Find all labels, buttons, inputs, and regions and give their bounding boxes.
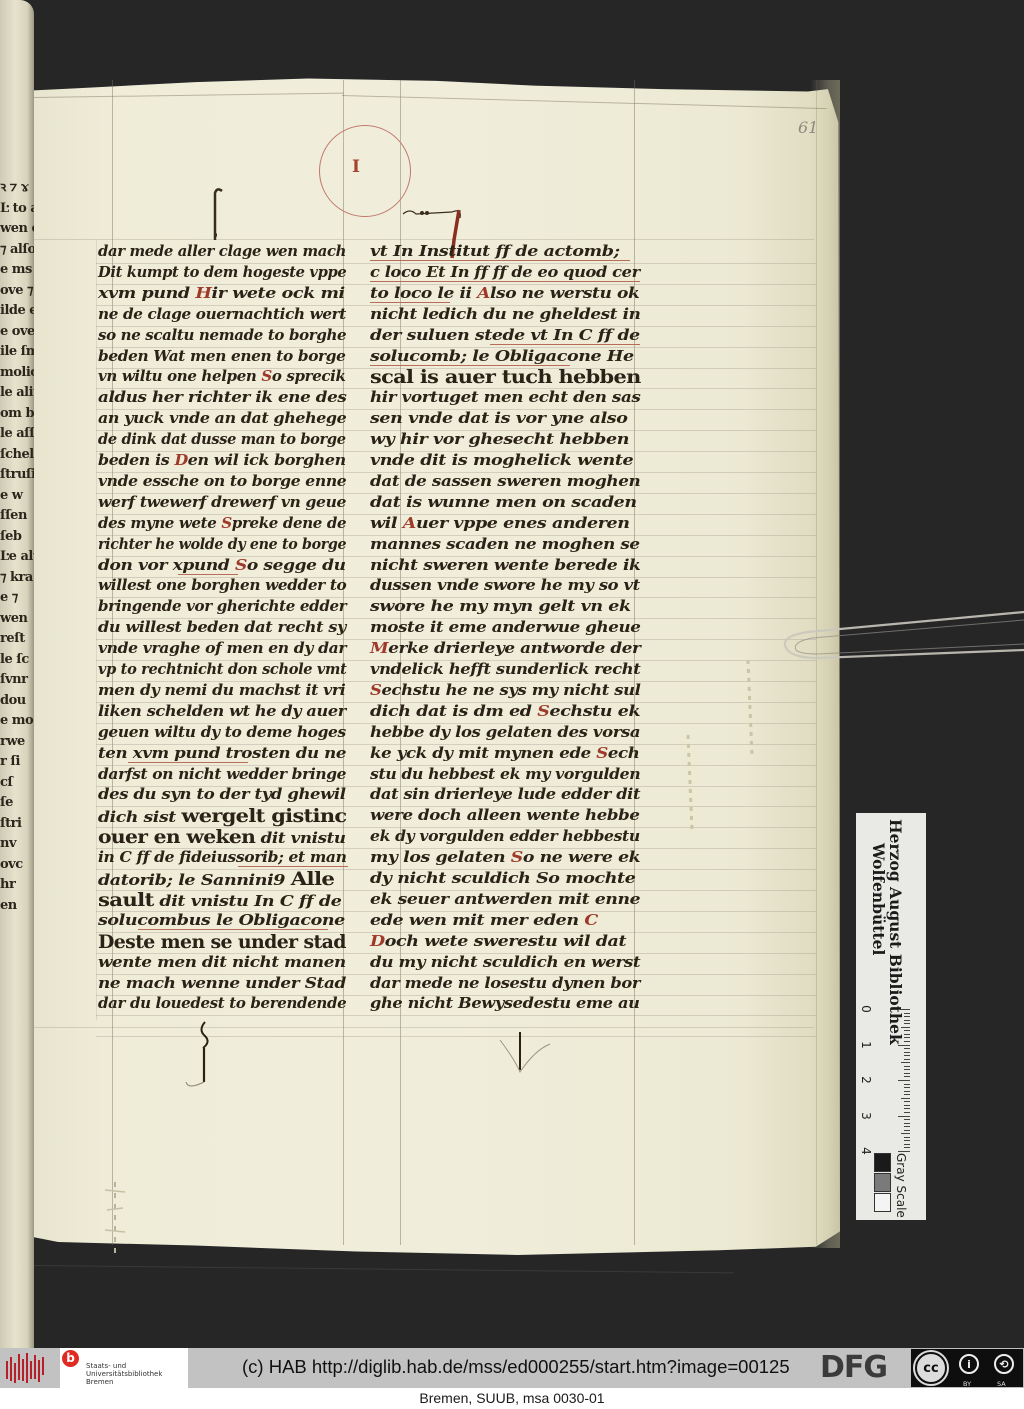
facing-page-line: ſvnr <box>0 670 34 691</box>
manuscript-line: men dy nemi du machst it vri <box>98 681 345 699</box>
manuscript-line: Merke drierleye antworde der <box>370 639 641 657</box>
folio-number: 61 <box>798 118 818 137</box>
ruler-tick <box>904 1041 910 1042</box>
facing-page-line: ſeb <box>0 527 34 548</box>
gray-swatch <box>874 1193 891 1212</box>
attribution-icon: i <box>959 1354 979 1374</box>
manuscript-line: vp to rechtnicht don schole vmt <box>98 660 346 678</box>
citation-underline <box>490 344 640 345</box>
manuscript-line: dar du louedest to berendende <box>98 994 346 1012</box>
ruler-tick <box>904 1037 910 1038</box>
ruler-digit: 1 <box>859 1041 873 1049</box>
cc-sa-label: SA <box>997 1380 1006 1388</box>
manuscript-line: wente men dit nicht manen <box>98 953 346 971</box>
manuscript-line: vnde essche on to borge enne <box>98 472 346 490</box>
manuscript-line: dat de sassen sweren moghen <box>370 472 640 490</box>
ruler-tick <box>904 1112 910 1113</box>
ruler-tick <box>904 1147 910 1148</box>
ruler-tick <box>904 1013 910 1014</box>
footer-bar: b Staats- und Universitätsbibliothek Bre… <box>0 1348 1024 1388</box>
facing-page-line: wen <box>0 609 34 630</box>
ruler-tick <box>904 1059 910 1060</box>
manuscript-line: de dink dat dusse man to borge <box>98 430 346 448</box>
ruler-tick <box>904 1016 910 1017</box>
ruler-tick <box>904 1091 910 1092</box>
ruler-digit: 4 <box>859 1147 873 1155</box>
manuscript-line: wil Auer vppe enes anderen <box>370 514 630 532</box>
manuscript-line: beden Wat men enen to borge <box>98 347 346 365</box>
copyright-link[interactable]: (c) HAB http://diglib.hab.de/mss/ed00025… <box>242 1356 790 1378</box>
ruler-digit: 0 <box>859 1005 873 1013</box>
chapter-number: I <box>352 157 360 177</box>
ruler-tick <box>904 1137 910 1138</box>
facing-page-line: ilde er <box>0 301 34 322</box>
manuscript-line: Dit kumpt to dem hogeste vppe <box>98 263 346 281</box>
manuscript-line: solucomb; le Obligacone He <box>370 347 634 365</box>
manuscript-line: ouer en weken dit vnistu <box>98 827 346 848</box>
manuscript-line: aldus her richter ik ene des <box>98 388 346 406</box>
manuscript-line: xvm pund Hir wete ock mi <box>98 284 345 302</box>
facing-page-line: le ſc <box>0 650 34 671</box>
manuscript-line: Doch wete swerestu wil dat <box>370 932 626 950</box>
manuscript-line: in C ff de fideiussorib; et man <box>98 848 347 866</box>
shelfmark: Bremen, SUUB, msa 0030-01 <box>0 1390 1024 1406</box>
manuscript-line: vnde vraghe of men en dy dar <box>98 639 346 657</box>
citation-underline <box>238 866 348 867</box>
ruler-tick <box>904 1034 910 1035</box>
manuscript-line: c loco Et In ff ff de eo quod cer <box>370 263 640 281</box>
citation-underline <box>138 929 328 930</box>
ruler-tick <box>904 1105 910 1106</box>
manuscript-line: richter he wolde dy ene to borge <box>98 535 346 553</box>
manuscript-line: Deste men se under stad <box>98 932 346 953</box>
facing-page-line: e ove a <box>0 322 34 343</box>
manuscript-line: sen vnde dat is vor yne also <box>370 409 627 427</box>
ruler-tick <box>904 1084 910 1085</box>
citation-underline <box>178 574 238 575</box>
facing-page-line: ſtruſi <box>0 465 34 486</box>
paragraph-mark-left-icon <box>200 185 230 245</box>
paperclip-icon <box>778 600 1024 670</box>
facing-page-line: ile ſme <box>0 342 34 363</box>
color-scale-bar: Herzog August Bibliothek Wolfenbüttel 01… <box>856 813 926 1220</box>
citation-underline <box>370 302 450 303</box>
manuscript-line: stu du hebbest ek my vorgulden <box>370 765 640 783</box>
manuscript-line: moste it eme anderwue gheue <box>370 618 640 636</box>
ruler-tick <box>901 1027 910 1028</box>
ruler-tick <box>904 1140 910 1141</box>
manuscript-line: dar mede aller clage wen mach <box>98 242 346 260</box>
facing-page-line: ſe <box>0 793 34 814</box>
manuscript-line: dich dat is dm ed Sechstu ek <box>370 702 640 720</box>
institution-line1: Staats- und <box>86 1362 126 1370</box>
ruler-tick <box>904 1101 910 1102</box>
manuscript-line: vnde dit is moghelick wente <box>370 451 633 469</box>
facing-page-line: rwe <box>0 732 34 753</box>
manuscript-line: geuen wiltu dy to deme hoges <box>98 723 346 741</box>
margin-stitch-marks-icon <box>95 1180 135 1260</box>
ruler-tick <box>901 1098 910 1099</box>
manuscript-line: an yuck vnde an dat ghehege <box>98 409 346 427</box>
ruler-tick <box>904 1048 910 1049</box>
manuscript-line: hebbe dy los gelaten des vorsa <box>370 723 640 741</box>
manuscript-line: ek seuer antwerden mit enne <box>370 890 640 908</box>
institution-line2: Universitätsbibliothek <box>86 1370 162 1378</box>
ruler-tick <box>904 1108 910 1109</box>
manuscript-line: ede wen mit mer eden C <box>370 911 598 929</box>
citation-underline <box>370 365 570 366</box>
manuscript-line: werf twewerf drewerf vn geue <box>98 493 346 511</box>
ruler-tick <box>901 1133 910 1134</box>
manuscript-line: ek dy vorgulden edder hebbestu <box>370 827 640 845</box>
citation-underline <box>370 281 640 282</box>
manuscript-line: liken schelden wt he dy auer <box>98 702 346 720</box>
manuscript-line: swore he my myn gelt vn ek <box>370 597 631 615</box>
cc-by-sa-badge[interactable]: cc i ⟲ BY SA <box>910 1348 1024 1388</box>
cc-icon: cc <box>915 1352 947 1384</box>
manuscript-line: vt In Institut ff de actomb; <box>370 242 620 260</box>
ruler-tick <box>904 1023 910 1024</box>
chapter-circle <box>319 125 411 217</box>
facing-page-line: r ſi <box>0 752 34 773</box>
facing-page-line: dou <box>0 691 34 712</box>
suub-logo <box>0 1348 60 1388</box>
facing-page-line: le aſſo <box>0 424 34 445</box>
text-column-right: vt In Institut ff de actomb;c loco Et In… <box>370 240 640 1030</box>
manuscript-line: vn wiltu one helpen So sprecik <box>98 367 346 385</box>
manuscript-line: to loco le ii Also ne werstu ok <box>370 284 639 302</box>
suub-barcode-icon <box>5 1351 45 1385</box>
suub-b-icon: b <box>62 1350 79 1367</box>
ruler-digit: 3 <box>859 1112 873 1120</box>
citation-underline <box>370 260 630 261</box>
ruler-tick <box>904 1087 910 1088</box>
facing-page-line: e ms <box>0 260 34 281</box>
manuscript-line: my los gelaten So ne were ek <box>370 848 640 866</box>
manuscript-line: dat sin drierleye lude edder dit <box>370 785 640 803</box>
ruler-tick <box>904 1119 910 1120</box>
facing-page-line: hr <box>0 875 34 896</box>
ruler-tick <box>904 1030 910 1031</box>
facing-page-line: le aliu <box>0 383 34 404</box>
scale-bar-title: Herzog August Bibliothek <box>886 819 905 1045</box>
facing-page-line: ⁊ alſo <box>0 240 34 261</box>
facing-page-line: ⁊ kra <box>0 568 34 589</box>
ruler-tick <box>904 1073 910 1074</box>
manuscript-line: don vor xpund So segge du <box>98 556 346 574</box>
ruler-tick <box>901 1062 910 1063</box>
ruler-tick <box>904 1126 910 1127</box>
facing-page-line: cſ <box>0 773 34 794</box>
manuscript-line: sault dit vnistu In C ff de <box>98 890 341 911</box>
manuscript-line: hir vortuget men echt den sas <box>370 388 640 406</box>
gray-scale-label: Gray Scale <box>894 1153 908 1218</box>
manuscript-line: darfst on nicht wedder bringe <box>98 765 346 783</box>
facing-page-line: ovc <box>0 855 34 876</box>
ruler-tick <box>904 1130 910 1131</box>
manuscript-line: du willest beden dat recht sy <box>98 618 346 636</box>
facing-page-line: e mo <box>0 711 34 732</box>
manuscript-line: ne de clage ouernachtich wert <box>98 305 346 323</box>
citation-underline <box>128 762 248 763</box>
ruler-tick <box>904 1123 910 1124</box>
manuscript-line: scal is auer tuch hebben <box>370 367 641 388</box>
facing-page-line: en <box>0 896 34 917</box>
manuscript-line: solucombus le Obligacone <box>98 911 345 929</box>
manuscript-line: vndelick hefft sunderlick recht <box>370 660 640 678</box>
facing-page-text: ꝛ ⁊ ɤĿ to allwen ov⁊ alſoe msove ⁊ilde e… <box>0 178 34 1108</box>
manuscript-line: dich sist wergelt gistinc <box>98 806 346 827</box>
manuscript-line: Sechstu he ne sys my nicht sul <box>370 681 641 699</box>
dfg-logo: DFG <box>820 1353 887 1383</box>
facing-page-line: wen ov <box>0 219 34 240</box>
facing-page-line: e w <box>0 486 34 507</box>
ruler-digit: 2 <box>859 1076 873 1084</box>
manuscript-line: wy hir vor ghesecht hebben <box>370 430 629 448</box>
ruler-tick <box>904 1052 910 1053</box>
tail-mark-left-icon <box>178 1020 228 1090</box>
facing-page-line: ſchell <box>0 445 34 466</box>
institution-line3: Bremen <box>86 1378 113 1386</box>
manuscript-line: bringende vor gherichte edder <box>98 597 346 615</box>
scale-bar-subtitle: Wolfenbüttel <box>869 843 888 955</box>
manuscript-line: mannes scaden ne moghen se <box>370 535 640 553</box>
facing-page-line: reſt <box>0 629 34 650</box>
manuscript-line: dat is wunne men on scaden <box>370 493 637 511</box>
manuscript-line: were doch alleen wente hebbe <box>370 806 640 824</box>
ruler-tick <box>898 1151 910 1152</box>
cc-by-label: BY <box>963 1380 971 1388</box>
ruler-tick <box>904 1055 910 1056</box>
manuscript-line: des du syn to der tyd ghewil <box>98 785 346 803</box>
manuscript-line: dy nicht sculdich So mochte <box>370 869 635 887</box>
facing-page-line: ſtri <box>0 814 34 835</box>
manuscript-line: ghe nicht Bewysedestu eme au <box>370 994 640 1012</box>
ruler-tick <box>904 1076 910 1077</box>
manuscript-line: beden is Den wil ick borghen <box>98 451 346 469</box>
ruler-tick <box>904 1066 910 1067</box>
manuscript-line: ne mach wenne under Stad <box>98 974 346 992</box>
share-alike-icon: ⟲ <box>994 1354 1014 1374</box>
tail-mark-right-icon <box>495 1030 555 1080</box>
facing-page-line: ove ⁊ <box>0 281 34 302</box>
gray-swatch <box>874 1153 891 1172</box>
text-column-left: dar mede aller clage wen machDit kumpt t… <box>98 240 346 1030</box>
facing-page: ꝛ ⁊ ɤĿ to allwen ov⁊ alſoe msove ⁊ilde e… <box>0 0 34 1348</box>
ruler-tick <box>904 1069 910 1070</box>
facing-page-line: Ŀe alu <box>0 547 34 568</box>
ruler-tick <box>904 1020 910 1021</box>
manuscript-line: nicht ledich du ne gheldest in <box>370 305 640 323</box>
facing-page-line: ꝛ ⁊ ɤ <box>0 178 34 199</box>
facing-page-line: Ŀ to all <box>0 199 34 220</box>
manuscript-line: willest one borghen wedder to <box>98 576 346 594</box>
ruler-tick <box>898 1045 910 1046</box>
column1-left-rule <box>96 240 97 1020</box>
manuscript-line: dar mede ne losestu dynen bor <box>370 974 640 992</box>
manuscript-line: du my nicht sculdich en werst <box>370 953 640 971</box>
ruler-tick <box>898 1116 910 1117</box>
manuscript-line: dussen vnde swore he my so vt <box>370 576 640 594</box>
manuscript-line: nicht sweren wente berede ik <box>370 556 641 574</box>
manuscript-line: der suluen stede vt In C ff de <box>370 326 640 344</box>
manuscript-line: ke yck dy mit mynen ede Sech <box>370 744 639 762</box>
ruler-tick <box>904 1144 910 1145</box>
manuscript-line: datorib; le Sannini9 Alle <box>98 869 334 890</box>
ruler-tick <box>898 1080 910 1081</box>
gray-swatch <box>874 1173 891 1192</box>
bottom-frame-rule <box>34 1265 734 1273</box>
manuscript-line: so ne scaltu nemade to borghe <box>98 326 346 344</box>
suub-institution-panel: b Staats- und Universitätsbibliothek Bre… <box>60 1348 188 1388</box>
facing-page-line: om beri <box>0 404 34 425</box>
facing-page-line: molici <box>0 363 34 384</box>
ruler-tick <box>904 1094 910 1095</box>
facing-page-line: nv <box>0 834 34 855</box>
cc-label: cc <box>923 1361 938 1376</box>
margin-stitch-marks-right-icon <box>680 655 770 835</box>
ruler-tick <box>898 1009 910 1010</box>
manuscript-line: des myne wete Spreke dene de <box>98 514 346 532</box>
manuscript-line: ten xvm pund trosten du ne <box>98 744 346 762</box>
facing-page-line: e ⁊ <box>0 588 34 609</box>
manuscript-scan: ꝛ ⁊ ɤĿ to allwen ov⁊ alſoe msove ⁊ilde e… <box>0 0 1024 1348</box>
facing-page-line: ſſen <box>0 506 34 527</box>
